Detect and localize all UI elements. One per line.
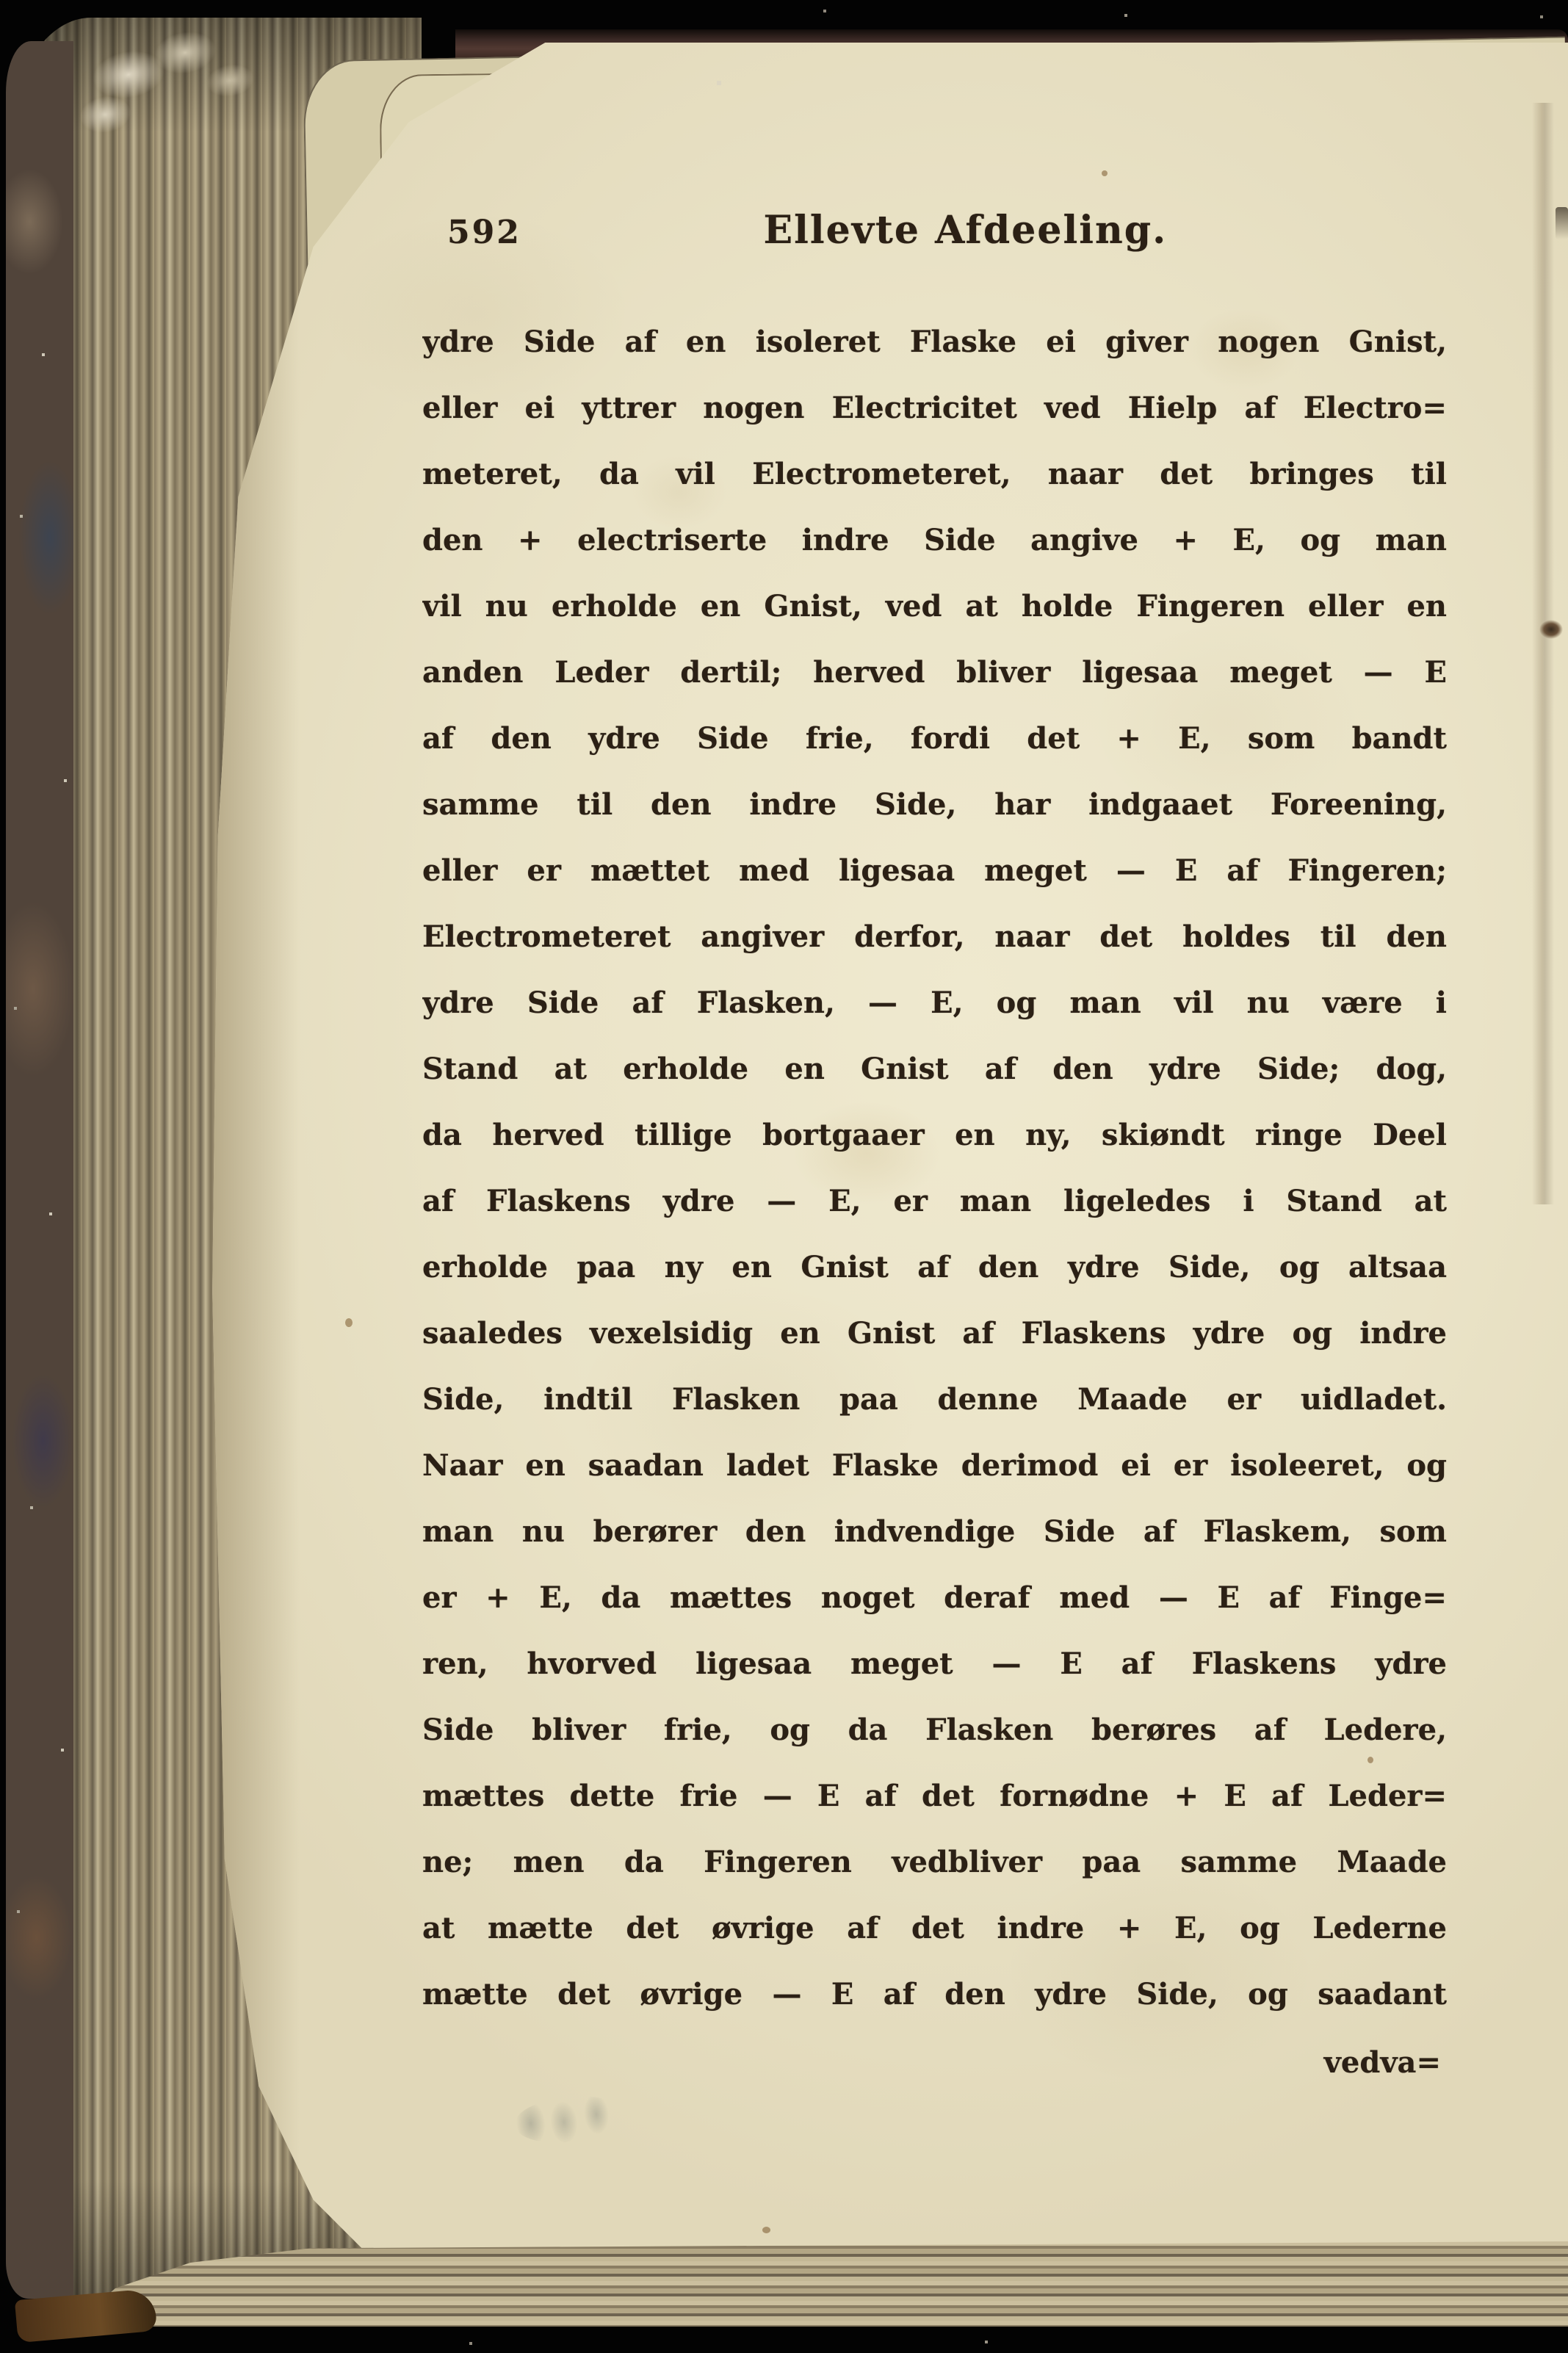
fanned-page-edges-bottom xyxy=(71,2241,1568,2327)
text-line: samme til den indre Side, har indgaaet F… xyxy=(422,784,1447,850)
text-line: erholde paa ny en Gnist af den ydre Side… xyxy=(422,1246,1447,1312)
text-line: ydre Side af en isoleret Flaske ei giver… xyxy=(422,321,1447,387)
page-crease xyxy=(1532,103,1554,1204)
body-text: ydre Side af en isoleret Flaske ei giver… xyxy=(422,321,1447,2039)
foxing-spot xyxy=(345,1318,353,1327)
text-line: mætte det øvrige — E af den ydre Side, o… xyxy=(422,1973,1447,2039)
text-line: Stand at erholde en Gnist af den ydre Si… xyxy=(422,1048,1447,1114)
book-scan: 592 Ellevte Afdeeling. ydre Side af en i… xyxy=(0,0,1568,2353)
ink-blemish xyxy=(1539,620,1563,639)
running-title: Ellevte Afdeeling. xyxy=(763,208,1167,253)
text-line: Naar en saadan ladet Flaske derimod ei e… xyxy=(422,1445,1447,1511)
page-number: 592 xyxy=(447,214,521,251)
foxing-spot xyxy=(1102,170,1108,176)
worn-spine-leather xyxy=(6,41,73,2299)
text-line: af den ydre Side frie, fordi det + E, so… xyxy=(422,718,1447,784)
scanner-dust-specks xyxy=(0,0,1,1)
text-line: da herved tillige bortgaaer en ny, skiøn… xyxy=(422,1114,1447,1180)
text-line: Side, indtil Flasken paa denne Maade er … xyxy=(422,1378,1447,1445)
text-line: anden Leder dertil; herved bliver ligesa… xyxy=(422,651,1447,718)
text-line: Electrometeret angiver derfor, naar det … xyxy=(422,916,1447,982)
text-line: mættes dette frie — E af det fornødne + … xyxy=(422,1775,1447,1841)
page-header: 592 Ellevte Afdeeling. xyxy=(422,208,1447,256)
text-line: eller ei yttrer nogen Electricitet ved H… xyxy=(422,387,1447,453)
catchword-row: vedva= xyxy=(422,2045,1447,2080)
page-content: 592 Ellevte Afdeeling. ydre Side af en i… xyxy=(422,208,1447,2080)
text-line: ydre Side af Flasken, — E, og man vil nu… xyxy=(422,982,1447,1048)
text-line: at mætte det øvrige af det indre + E, og… xyxy=(422,1907,1447,1973)
foxing-spot xyxy=(762,2227,770,2233)
text-line: er + E, da mættes noget deraf med — E af… xyxy=(422,1577,1447,1643)
text-line: eller er mættet med ligesaa meget — E af… xyxy=(422,850,1447,916)
text-line: af Flaskens ydre — E, er man ligeledes i… xyxy=(422,1180,1447,1246)
text-line: vil nu erholde en Gnist, ved at holde Fi… xyxy=(422,585,1447,651)
edge-nick xyxy=(1556,207,1568,239)
catchword: vedva= xyxy=(1324,2045,1441,2080)
text-line: den + electriserte indre Side angive + E… xyxy=(422,519,1447,585)
text-line: meteret, da vil Electrometeret, naar det… xyxy=(422,453,1447,519)
text-line: man nu berører den indvendige Side af Fl… xyxy=(422,1511,1447,1577)
text-line: Side bliver frie, og da Flasken berøres … xyxy=(422,1709,1447,1775)
text-line: ne; men da Fingeren vedbliver paa samme … xyxy=(422,1841,1447,1907)
text-line: saaledes vexelsidig en Gnist af Flaskens… xyxy=(422,1312,1447,1378)
text-line: ren, hvorved ligesaa meget — E af Flaske… xyxy=(422,1643,1447,1709)
